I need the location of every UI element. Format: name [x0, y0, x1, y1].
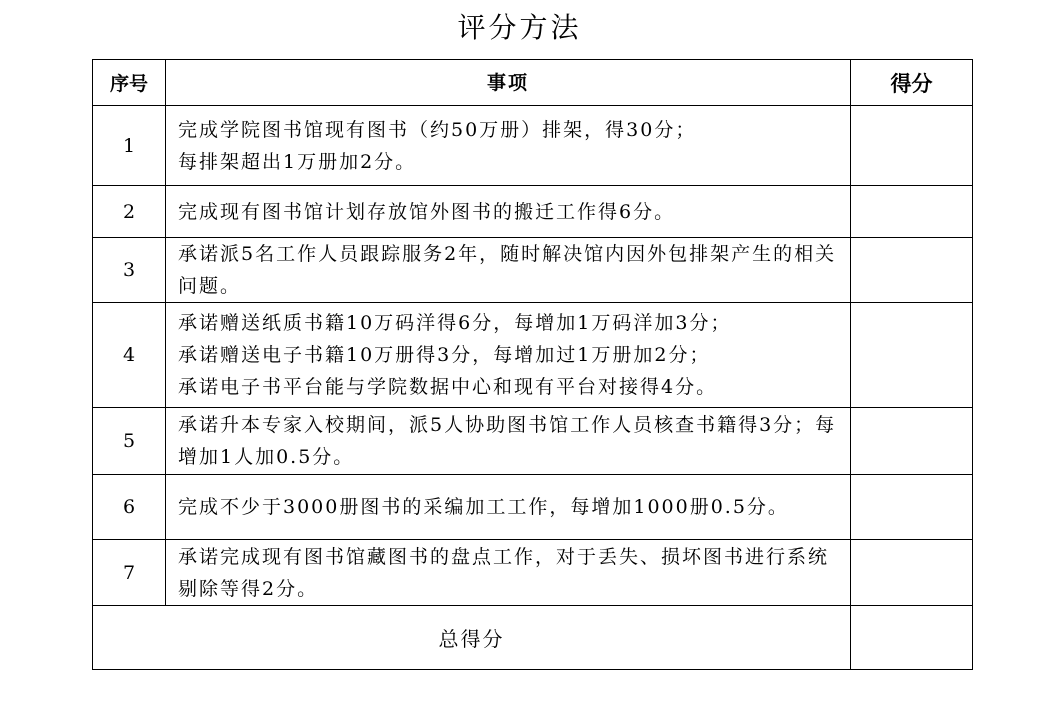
table-row: 2完成现有图书馆计划存放馆外图书的搬迁工作得6分。: [93, 186, 973, 238]
total-score-cell: [851, 606, 973, 670]
row-item: 完成学院图书馆现有图书（约50万册）排架，得30分； 每排架超出1万册加2分。: [166, 106, 851, 186]
row-item: 承诺派5名工作人员跟踪服务2年，随时解决馆内因外包排架产生的相关问题。: [166, 238, 851, 303]
header-item: 事项: [166, 60, 851, 106]
table-row: 7承诺完成现有图书馆藏图书的盘点工作，对于丢失、损坏图书进行系统剔除等得2分。: [93, 540, 973, 606]
row-score: [851, 475, 973, 540]
row-number: 1: [93, 106, 166, 186]
row-score: [851, 540, 973, 606]
row-number: 2: [93, 186, 166, 238]
row-score: [851, 186, 973, 238]
row-item: 完成不少于3000册图书的采编加工工作，每增加1000册0.5分。: [166, 475, 851, 540]
header-score: 得分: [851, 60, 973, 106]
row-number: 5: [93, 408, 166, 475]
total-row: 总得分: [93, 606, 973, 670]
row-item: 完成现有图书馆计划存放馆外图书的搬迁工作得6分。: [166, 186, 851, 238]
table-row: 3承诺派5名工作人员跟踪服务2年，随时解决馆内因外包排架产生的相关问题。: [93, 238, 973, 303]
total-label: 总得分: [93, 606, 851, 670]
table-row: 5承诺升本专家入校期间，派5人协助图书馆工作人员核查书籍得3分；每增加1人加0.…: [93, 408, 973, 475]
header-number: 序号: [93, 60, 166, 106]
row-item: 承诺升本专家入校期间，派5人协助图书馆工作人员核查书籍得3分；每增加1人加0.5…: [166, 408, 851, 475]
row-number: 4: [93, 303, 166, 408]
row-item: 承诺完成现有图书馆藏图书的盘点工作，对于丢失、损坏图书进行系统剔除等得2分。: [166, 540, 851, 606]
table-row: 6完成不少于3000册图书的采编加工工作，每增加1000册0.5分。: [93, 475, 973, 540]
row-number: 6: [93, 475, 166, 540]
row-item: 承诺赠送纸质书籍10万码洋得6分，每增加1万码洋加3分； 承诺赠送电子书籍10万…: [166, 303, 851, 408]
scoring-table: 序号 事项 得分 1完成学院图书馆现有图书（约50万册）排架，得30分； 每排架…: [92, 59, 973, 670]
table-header-row: 序号 事项 得分: [93, 60, 973, 106]
row-number: 3: [93, 238, 166, 303]
row-number: 7: [93, 540, 166, 606]
row-score: [851, 408, 973, 475]
table-row: 1完成学院图书馆现有图书（约50万册）排架，得30分； 每排架超出1万册加2分。: [93, 106, 973, 186]
row-score: [851, 106, 973, 186]
row-score: [851, 238, 973, 303]
page-title: 评分方法: [0, 8, 1039, 48]
row-score: [851, 303, 973, 408]
table-row: 4承诺赠送纸质书籍10万码洋得6分，每增加1万码洋加3分； 承诺赠送电子书籍10…: [93, 303, 973, 408]
